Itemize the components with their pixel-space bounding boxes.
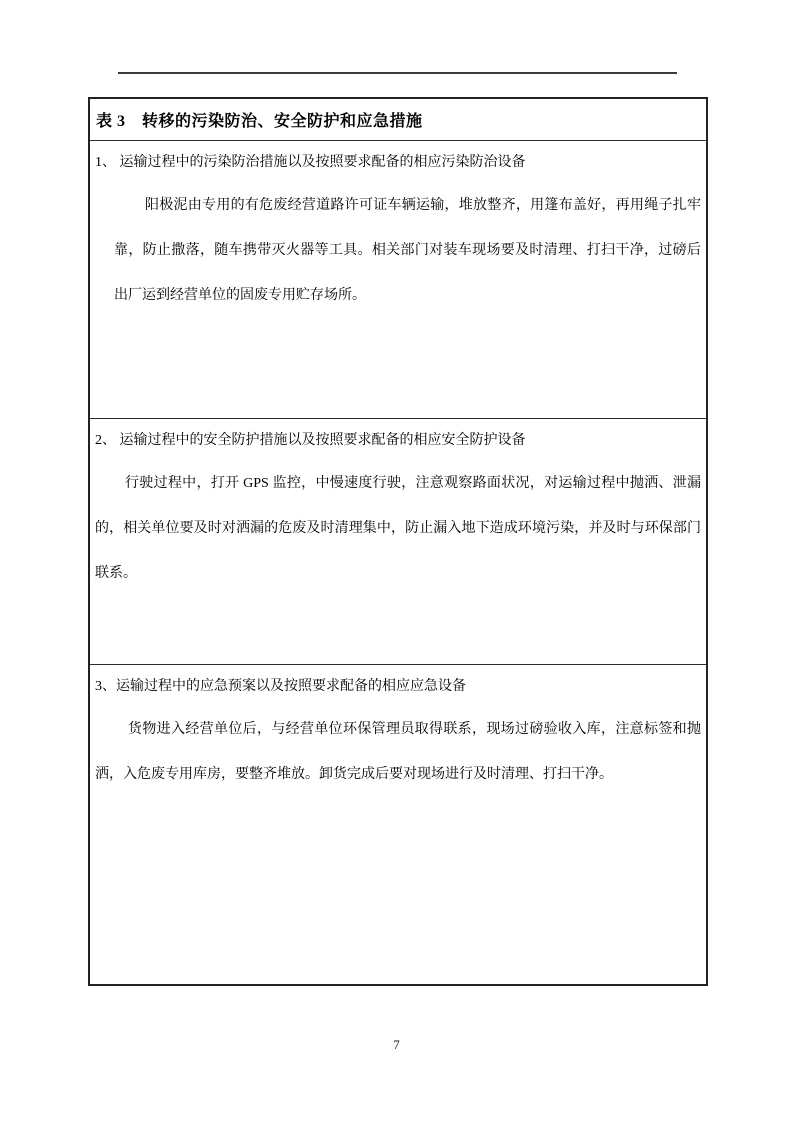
item-2-heading: 2、 运输过程中的安全防护措施以及按照要求配备的相应安全防护设备	[94, 419, 702, 453]
item-2-body: 行驶过程中，打开 GPS 监控，中慢速度行驶，注意观察路面状况，对运输过程中抛洒…	[95, 461, 701, 596]
measures-table: 表 3 转移的污染防治、安全防护和应急措施 1、 运输过程中的污染防治措施以及按…	[88, 97, 708, 986]
item-1-body: 阳极泥由专用的有危废经营道路许可证车辆运输，堆放整齐，用篷布盖好，再用绳子扎牢靠…	[114, 183, 701, 318]
table-row: 1、 运输过程中的污染防治措施以及按照要求配备的相应污染防治设备 阳极泥由专用的…	[90, 140, 706, 418]
document-page: 表 3 转移的污染防治、安全防护和应急措施 1、 运输过程中的污染防治措施以及按…	[0, 0, 793, 1122]
table-row: 2、 运输过程中的安全防护措施以及按照要求配备的相应安全防护设备 行驶过程中，打…	[90, 418, 706, 664]
item-3-heading: 3、运输过程中的应急预案以及按照要求配备的相应应急设备	[94, 665, 702, 699]
header-rule	[118, 72, 677, 74]
table-row: 3、运输过程中的应急预案以及按照要求配备的相应应急设备 货物进入经营单位后，与经…	[90, 664, 706, 984]
table-title: 表 3 转移的污染防治、安全防护和应急措施	[90, 99, 706, 140]
page-number: 7	[0, 1037, 793, 1053]
item-3-body: 货物进入经营单位后，与经营单位环保管理员取得联系，现场过磅验收入库，注意标签和抛…	[95, 707, 701, 797]
item-1-heading: 1、 运输过程中的污染防治措施以及按照要求配备的相应污染防治设备	[94, 141, 702, 175]
